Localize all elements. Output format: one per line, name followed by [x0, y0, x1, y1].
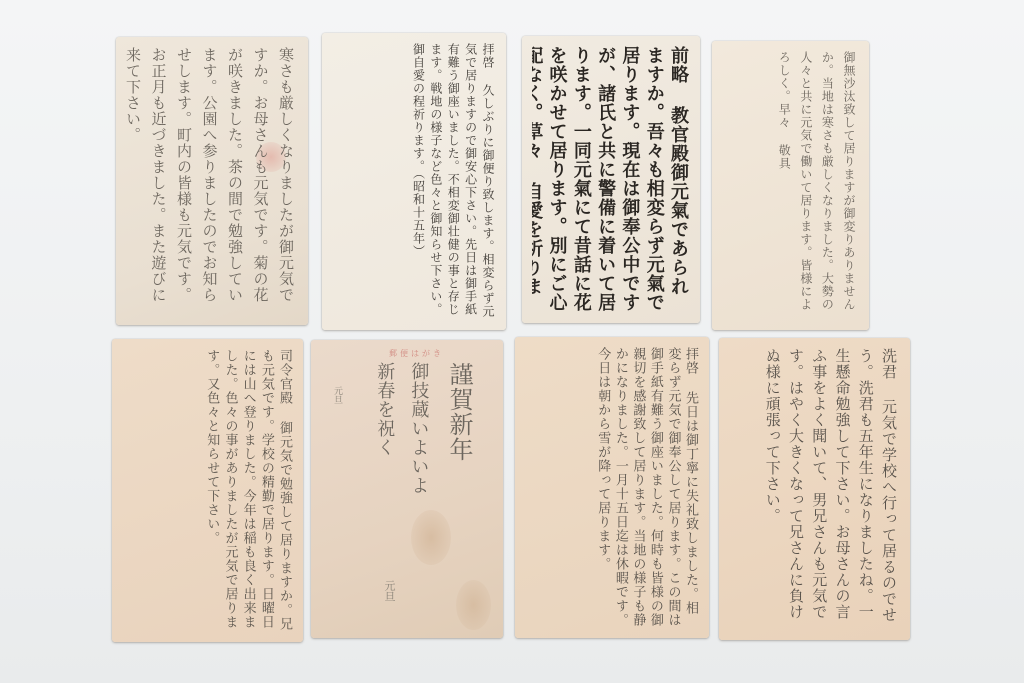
- postcard-3-handwriting: 前略 教官殿御元氣であられますか。吾々も相変らず元氣で居ります。現在は御奉公中で…: [532, 46, 690, 313]
- postcard-4-handwriting: 御無沙汰致して居りますが御変りありませんか。当地は寒さも厳しくなりました。大勢の…: [722, 51, 859, 320]
- postcard-2-handwriting: 拝啓 久しぶりに御便り致します。相変らず元気で居りますので御安心下さい。先日は御…: [332, 43, 496, 320]
- date-signature: 元旦: [381, 580, 397, 602]
- postcard-7: 拝啓 先日は御丁寧に失礼致しました。相変らず元気で御奉公して居ります。この間は御…: [515, 337, 709, 638]
- postcard-4: 御無沙汰致して居りますが御変りありませんか。当地は寒さも厳しくなりました。大勢の…: [712, 41, 869, 330]
- new-year-greeting: 謹賀新年: [445, 362, 473, 462]
- postcard-1: 寒さも厳しくなりましたが御元気ですか。お母さんも元気です。菊の花が咲きました。茶…: [116, 37, 308, 325]
- postcard-6-handwriting: 謹賀新年 御技蔵いよいよ 新春を祝く 実家の御清栄を 祈: [361, 362, 481, 628]
- postcard-7-handwriting: 拝啓 先日は御丁寧に失礼致しました。相変らず元気で御奉公して居ります。この間は御…: [525, 347, 699, 628]
- postcard-8-handwriting: 洗君 元気で学校へ行って居るのでせう。洗君も五年生になりましたね。一生懸命勉強し…: [729, 348, 900, 630]
- postcard-3: 前略 教官殿御元氣であられますか。吾々も相変らず元氣で居ります。現在は御奉公中で…: [522, 36, 700, 323]
- postcard-1-handwriting: 寒さも厳しくなりましたが御元気ですか。お母さんも元気です。菊の花が咲きました。茶…: [126, 47, 298, 315]
- postcard-6: 郵便はがき 元旦 謹賀新年 御技蔵いよいよ 新春を祝く 実家の御清栄を 祈 元旦: [311, 340, 503, 638]
- postcard-5: 司令官殿 御元気で勉強して居りますか。兄も元気です。学校の精勤で居ります。日曜日…: [112, 339, 303, 642]
- postcard-5-handwriting: 司令官殿 御元気で勉強して居りますか。兄も元気です。学校の精勤で居ります。日曜日…: [122, 349, 293, 632]
- side-note: 元旦: [331, 386, 344, 404]
- red-printed-header: 郵便はがき: [389, 348, 444, 359]
- postcard-8: 洗君 元気で学校へ行って居るのでせう。洗君も五年生になりましたね。一生懸命勉強し…: [719, 338, 910, 640]
- greeting-line: 新春を祝く: [374, 362, 395, 457]
- postcard-2: 拝啓 久しぶりに御便り致します。相変らず元気で居りますので御安心下さい。先日は御…: [322, 33, 506, 330]
- greeting-line: 御技蔵いよいよ: [408, 362, 429, 495]
